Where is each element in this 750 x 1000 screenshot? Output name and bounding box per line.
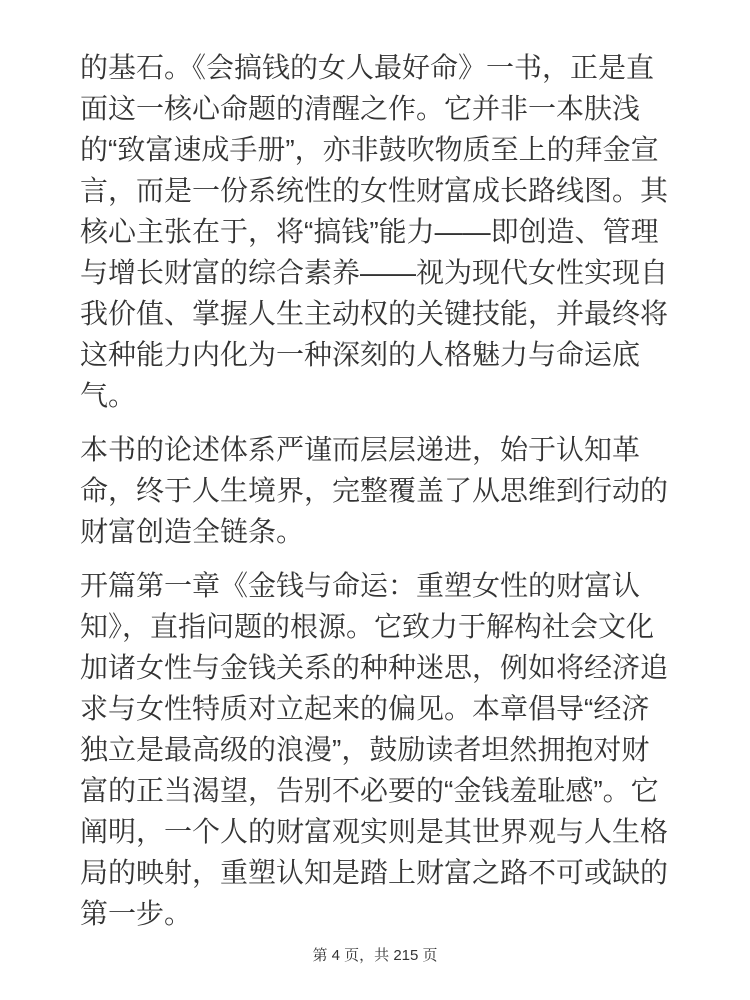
page-content: 的基石。《会搞钱的女人最好命》一书，正是直面这一核心命题的清醒之作。它并非一本肤… <box>80 47 672 947</box>
paragraph-chapter-one: 开篇第一章《金钱与命运：重塑女性的财富认知》，直指问题的根源。它致力于解构社会文… <box>80 565 672 934</box>
document-page: 的基石。《会搞钱的女人最好命》一书，正是直面这一核心命题的清醒之作。它并非一本肤… <box>0 0 750 1000</box>
page-footer: 第 4 页，共 215 页 <box>0 946 750 966</box>
paragraph-structure-overview: 本书的论述体系严谨而层层递进，始于认知革命，终于人生境界，完整覆盖了从思维到行动… <box>80 429 672 552</box>
page-indicator: 第 4 页，共 215 页 <box>312 947 437 964</box>
paragraph-book-intro: 的基石。《会搞钱的女人最好命》一书，正是直面这一核心命题的清醒之作。它并非一本肤… <box>80 47 672 416</box>
